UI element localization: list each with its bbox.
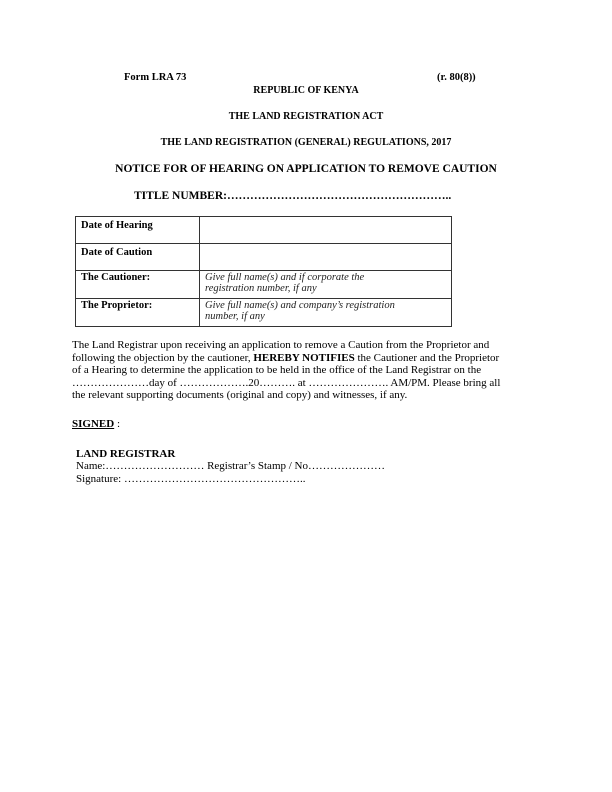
cautioner-hint-line2: registration number, if any xyxy=(205,283,446,294)
body-line-5: the relevant supporting documents (origi… xyxy=(72,389,552,402)
date-of-hearing-label: Date of Hearing xyxy=(76,217,200,244)
land-registrar-heading: LAND REGISTRAR xyxy=(76,448,175,460)
body-line-2-pre: following the objection by the cautioner… xyxy=(72,352,253,364)
title-number-field[interactable]: TITLE NUMBER:………………………………………………….. xyxy=(134,190,451,202)
act-heading: THE LAND REGISTRATION ACT xyxy=(0,111,612,122)
signed-colon: : xyxy=(114,418,120,430)
rule-reference: (r. 80(8)) xyxy=(437,72,476,83)
hereby-notifies-text: HEREBY NOTIFIES xyxy=(253,352,354,364)
notice-body: The Land Registrar upon receiving an app… xyxy=(72,339,552,402)
proprietor-field[interactable]: Give full name(s) and company’s registra… xyxy=(200,299,452,327)
body-line-4-hearing-date-time[interactable]: …………………day of ……………….20………. at …………………. … xyxy=(72,377,552,390)
cautioner-label: The Cautioner: xyxy=(76,271,200,299)
cautioner-field[interactable]: Give full name(s) and if corporate the r… xyxy=(200,271,452,299)
proprietor-hint-line1: Give full name(s) and company’s registra… xyxy=(205,300,446,311)
date-of-caution-label: Date of Caution xyxy=(76,244,200,271)
body-line-2-post: the Cautioner and the Proprietor xyxy=(355,352,500,364)
name-and-stamp-field[interactable]: Name:……………………… Registrar’s Stamp / No………… xyxy=(76,460,385,472)
cautioner-hint-line1: Give full name(s) and if corporate the xyxy=(205,272,446,283)
notice-title: NOTICE FOR OF HEARING ON APPLICATION TO … xyxy=(0,163,612,175)
signed-label: SIGNED : xyxy=(72,418,120,430)
form-number: Form LRA 73 xyxy=(124,72,186,83)
body-line-2: following the objection by the cautioner… xyxy=(72,352,552,365)
proprietor-label: The Proprietor: xyxy=(76,299,200,327)
signed-text: SIGNED xyxy=(72,418,114,430)
body-line-1: The Land Registrar upon receiving an app… xyxy=(72,339,552,352)
table-row-date-of-hearing: Date of Hearing xyxy=(76,217,452,244)
body-line-3: of a Hearing to determine the applicatio… xyxy=(72,364,552,377)
republic-heading: REPUBLIC OF KENYA xyxy=(0,85,612,96)
table-row-cautioner: The Cautioner: Give full name(s) and if … xyxy=(76,271,452,299)
signature-field[interactable]: Signature: ………………………………………….. xyxy=(76,473,305,485)
hearing-details-table: Date of Hearing Date of Caution The Caut… xyxy=(75,216,452,327)
date-of-caution-field[interactable] xyxy=(200,244,452,271)
regulations-heading: THE LAND REGISTRATION (GENERAL) REGULATI… xyxy=(0,137,612,148)
table-row-date-of-caution: Date of Caution xyxy=(76,244,452,271)
table-row-proprietor: The Proprietor: Give full name(s) and co… xyxy=(76,299,452,327)
date-of-hearing-field[interactable] xyxy=(200,217,452,244)
proprietor-hint-line2: number, if any xyxy=(205,311,446,322)
